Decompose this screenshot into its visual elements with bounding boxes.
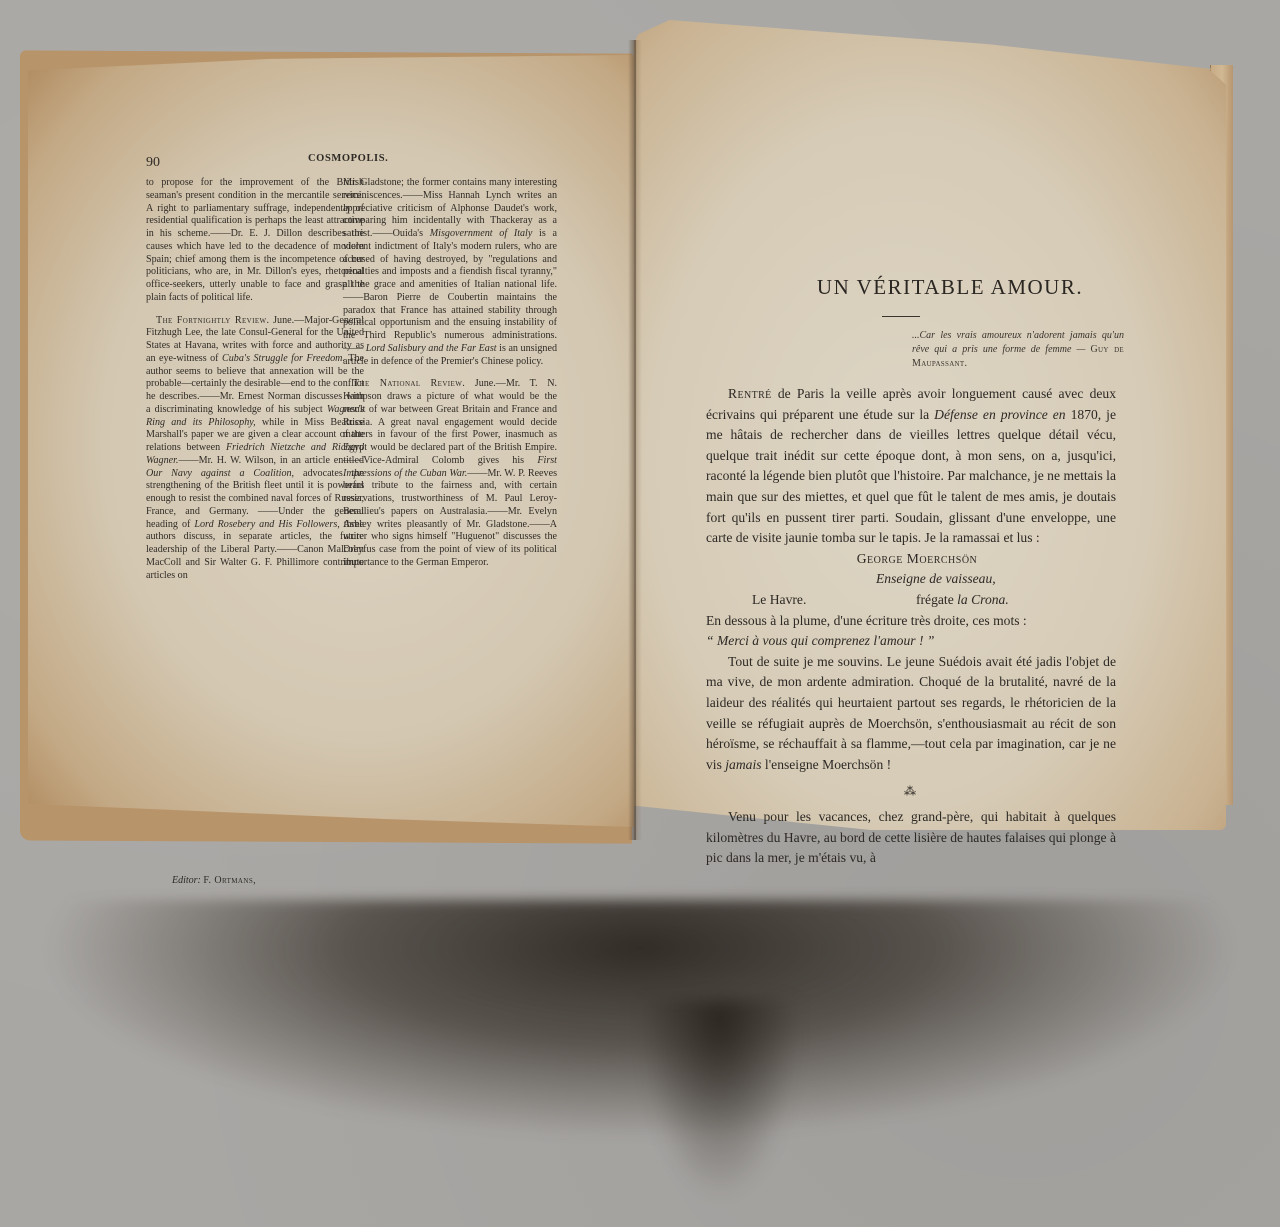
story-body: Rentré de Paris la veille après avoir lo…	[706, 384, 1116, 869]
italic-title: Défense en province en	[934, 407, 1065, 422]
story-title: UN VÉRITABLE AMOUR.	[740, 275, 1160, 300]
book-gutter	[628, 40, 642, 840]
italic-title: Lord Rosebery and His Followers,	[194, 519, 339, 530]
visiting-card-ship: frégate la Crona.	[916, 590, 1009, 611]
italic-title: Lord Salisbury and the Far East	[366, 343, 497, 354]
quote-text: “ Merci à vous qui comprenez l'amour ! ”	[706, 633, 934, 648]
italic-title: Misgovernment of Italy	[430, 228, 533, 239]
paragraph: En dessous à la plume, d'une écriture tr…	[706, 611, 1116, 632]
text-run: 1870, je me hâtais de rechercher dans de…	[706, 407, 1116, 546]
paragraph-national-review: The National Review. June.—Mr. T. N. Ham…	[343, 378, 557, 569]
paragraph: Mr. Gladstone; the former contains many …	[343, 177, 557, 368]
visiting-card-rank: Enseigne de vaisseau,	[706, 569, 1116, 590]
epigraph: ...Car les vrais amoureux n'adorent jama…	[912, 329, 1124, 371]
visiting-card-row: Le Havre. frégate la Crona.	[706, 590, 1116, 611]
section-heading: The National Review.	[353, 378, 465, 389]
left-column-a: to propose for the improvement of the Br…	[146, 177, 364, 582]
italic-title: Cuba's Struggle for Freedom.	[222, 353, 345, 364]
italic-word: jamais	[725, 757, 761, 772]
paragraph: to propose for the improvement of the Br…	[146, 177, 364, 305]
text-run: Tout de suite je me souvins. Le jeune Su…	[706, 654, 1116, 772]
paragraph-fortnightly-review: The Fortnightly Review. June.—Major-Gene…	[146, 315, 364, 583]
text-run: frégate	[916, 592, 957, 607]
text-run: ——Mr. H. W. Wilson, in an article entitl…	[178, 455, 364, 466]
asterism-divider: ⁂	[706, 779, 1116, 803]
section-heading: The Fortnightly Review.	[156, 315, 269, 326]
left-column-b: Mr. Gladstone; the former contains many …	[343, 177, 557, 570]
book-shadow-center	[640, 1000, 800, 1200]
visiting-card-city: Le Havre.	[706, 590, 916, 611]
paragraph: Venu pour les vacances, chez grand-père,…	[706, 807, 1116, 869]
title-rule	[882, 316, 920, 317]
paragraph: Tout de suite je me souvins. Le jeune Su…	[706, 652, 1116, 776]
quote: “ Merci à vous qui comprenez l'amour ! ”	[706, 631, 1116, 652]
text-run: ——Mr. W. P. Reeves bears tribute to the …	[343, 468, 557, 568]
visiting-card-name: George Moerchsön	[706, 549, 1116, 570]
text-run: is a violent indictment of Italy's moder…	[343, 228, 557, 354]
paragraph: Rentré de Paris la veille après avoir lo…	[706, 384, 1116, 549]
lead-word: Rentré	[728, 386, 772, 401]
text-run: l'enseigne Moerchsön !	[762, 757, 892, 772]
editor-label: Editor:	[172, 875, 201, 886]
text-run: June.—Mr. T. N. Hampson draws a picture …	[343, 378, 557, 466]
italic-title: Our Navy against a Coalition,	[146, 468, 294, 479]
ship-name: la Crona.	[957, 592, 1009, 607]
editor-credit: Editor: F. Ortmans,	[172, 875, 256, 886]
page-number: 90	[146, 155, 160, 171]
running-title: COSMOPOLIS.	[308, 153, 388, 164]
running-head: 90 COSMOPOLIS.	[146, 153, 566, 173]
editor-name: F. Ortmans,	[203, 875, 256, 886]
